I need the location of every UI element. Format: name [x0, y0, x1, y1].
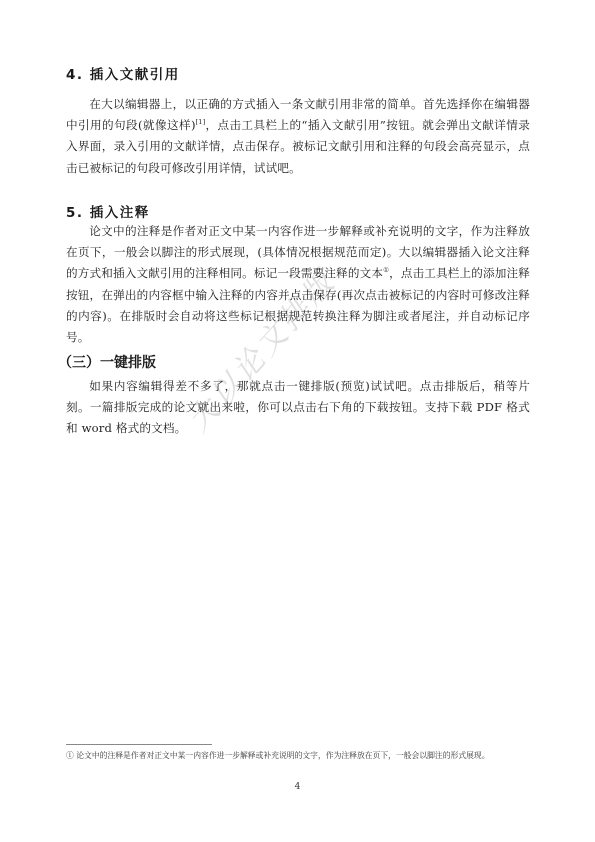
paragraph-insert-note: 论文中的注释是作者对正文中某一内容作进一步解释或补充说明的文字，作为注释放在页下…	[66, 221, 530, 348]
page-number: 4	[0, 782, 595, 792]
paragraph-insert-citation: 在大以编辑器上，以正确的方式插入一条文献引用非常的简单。首先选择你在编辑器中引用…	[66, 94, 530, 179]
citation-reference-mark[interactable]: [1]	[196, 118, 206, 126]
heading-insert-note: 5. 插入注释	[66, 201, 150, 221]
footnote: ① 论文中的注释是作者对正文中某一内容作进一步解释或补充说明的文字，作为注释放在…	[66, 750, 530, 762]
paragraph-one-click-layout: 如果内容编辑得差不多了，那就点击一键排版(预览)试试吧。点击排版后，稍等片刻。一…	[66, 376, 530, 440]
footnote-text: 论文中的注释是作者对正文中某一内容作进一步解释或补充说明的文字，作为注释放在页下…	[76, 751, 489, 760]
footnote-divider	[66, 744, 212, 745]
document-page: 大以论文排版 4. 插入文献引用 在大以编辑器上，以正确的方式插入一条文献引用非…	[0, 0, 595, 842]
heading-one-click-layout: （三）一键排版	[58, 352, 156, 372]
heading-insert-citation: 4. 插入文献引用	[66, 63, 180, 83]
footnote-mark: ①	[66, 751, 74, 760]
